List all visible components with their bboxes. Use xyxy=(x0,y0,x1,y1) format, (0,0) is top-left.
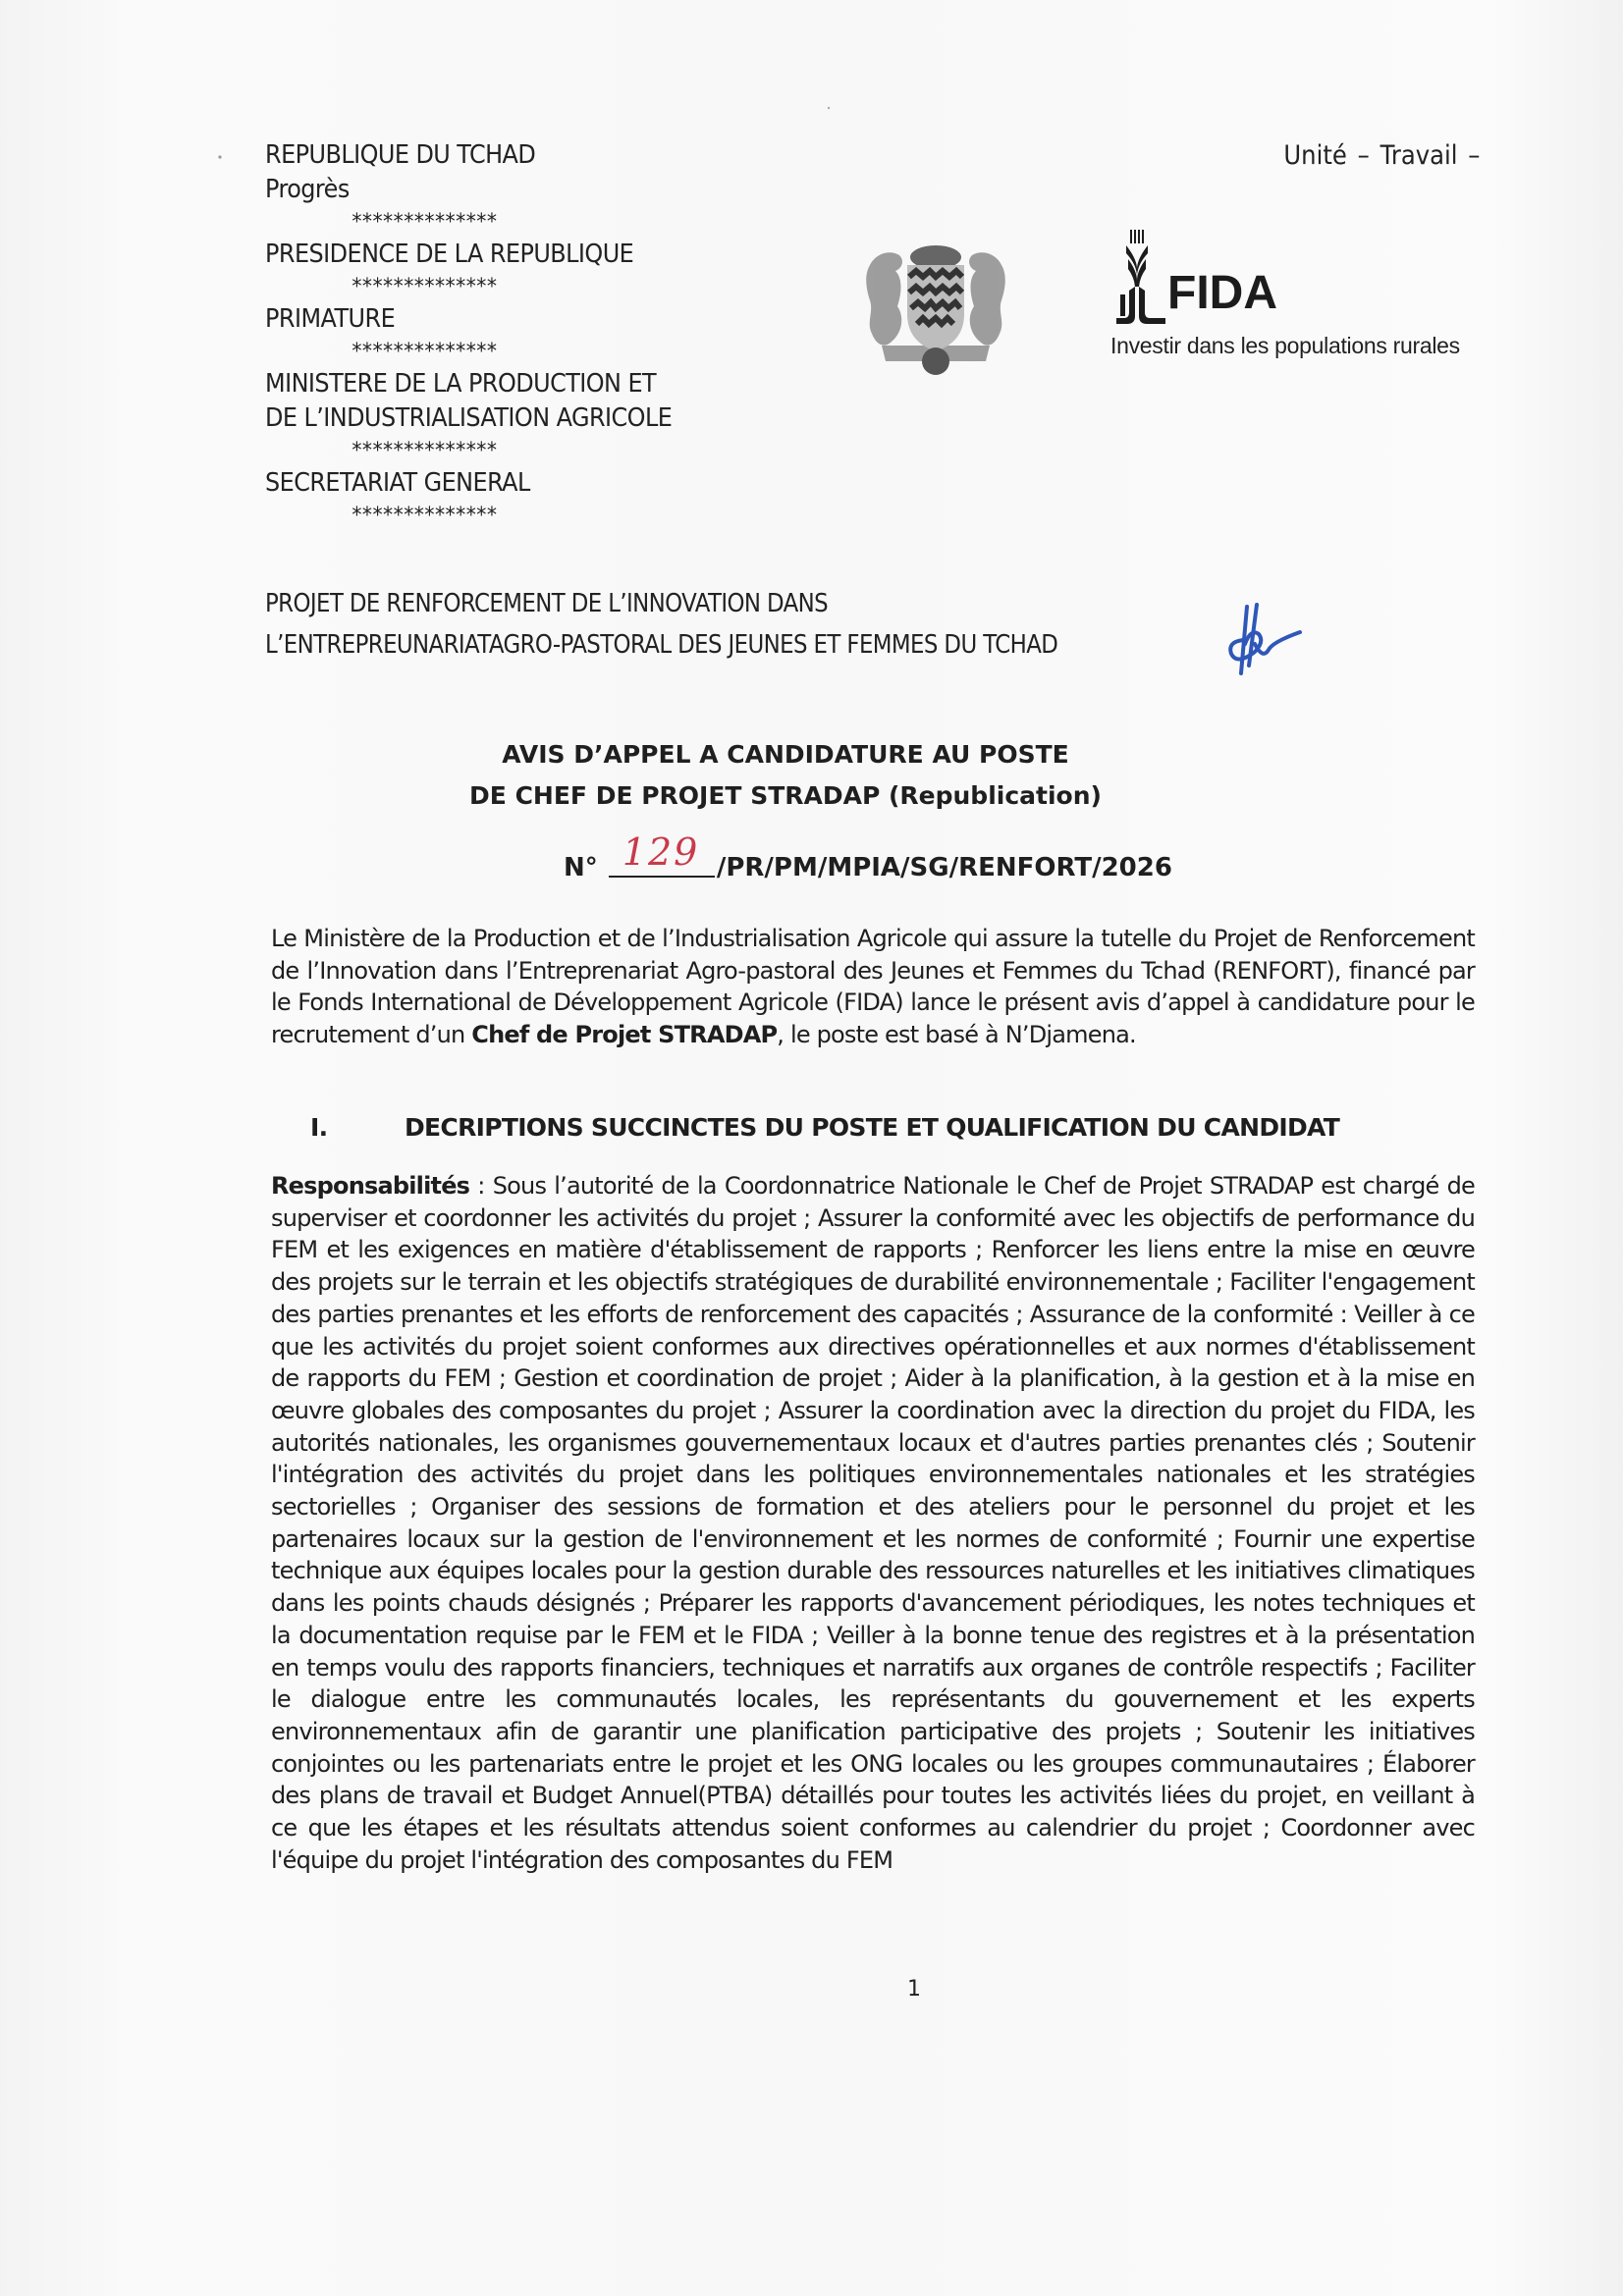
scan-artifacts xyxy=(0,0,1623,2296)
scanned-page: REPUBLIQUE DU TCHADProgrès**************… xyxy=(0,0,1623,2296)
